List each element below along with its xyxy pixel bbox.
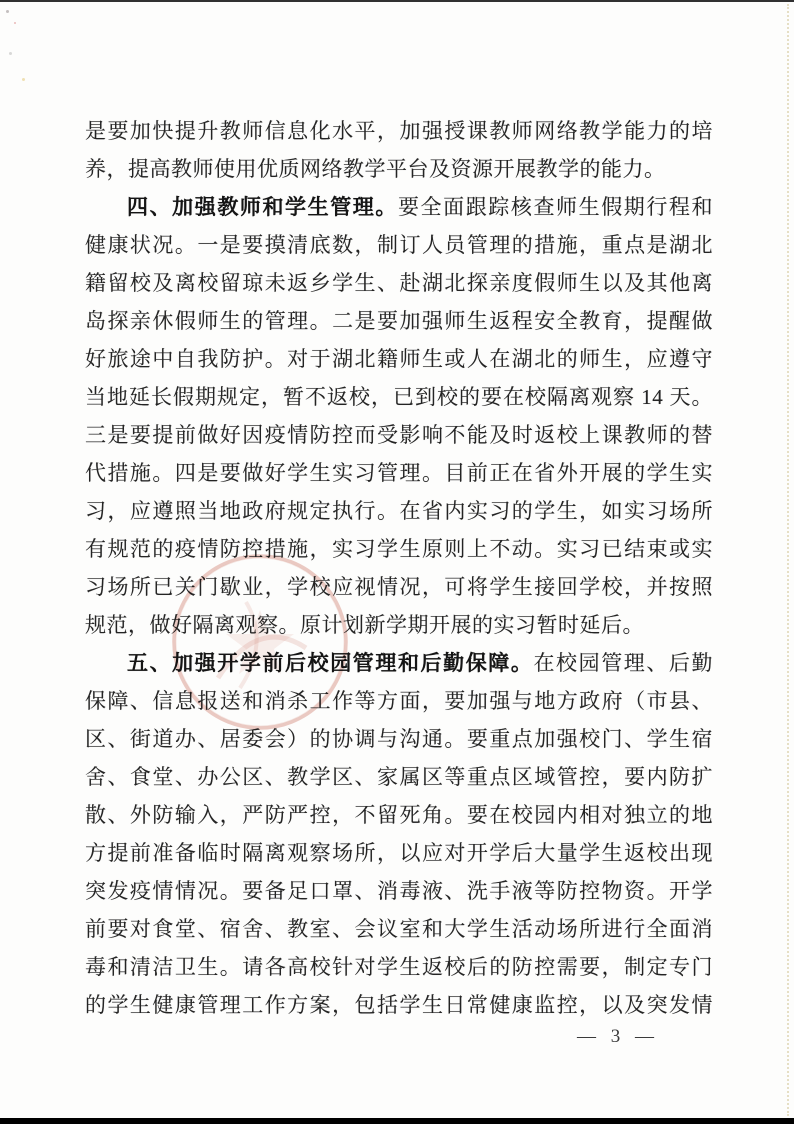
text-line: 的学生健康管理工作方案，包括学生日常健康监控，以及突发情 xyxy=(85,986,713,1024)
text-line: 保障、信息报送和消杀工作等方面，要加强与地方政府（市县、 xyxy=(85,682,713,720)
text-line: 籍留校及离校留琼未返乡学生、赴湖北探亲度假师生以及其他离 xyxy=(85,264,713,302)
text-line: 毒和清洁卫生。请各高校针对学生返校后的防控需要，制定专门 xyxy=(85,948,713,986)
text-line: 散、外防输入，严防严控，不留死角。要在校园内相对独立的地 xyxy=(85,796,713,834)
text-line: 当地延长假期规定，暂不返校，已到校的要在校隔离观察 14 天。 xyxy=(85,378,713,416)
text-line: 代措施。四是要做好学生实习管理。目前正在省外开展的学生实 xyxy=(85,454,713,492)
text-line: 习场所已关门歇业，学校应视情况，可将学生接回学校，并按照 xyxy=(85,568,713,606)
scanned-document-page: 是要加快提升教师信息化水平，加强授课教师网络教学能力的培养，提高教师使用优质网络… xyxy=(0,0,794,1124)
text-line: 习，应遵照当地政府规定执行。在省内实习的学生，如实习场所 xyxy=(85,492,713,530)
section-heading: 五、加强开学前后校园管理和后勤保障。 xyxy=(127,652,533,675)
text-line: 是要加快提升教师信息化水平，加强授课教师网络教学能力的培 xyxy=(85,112,713,150)
text-line: 方提前准备临时隔离观察场所，以应对开学后大量学生返校出现 xyxy=(85,834,713,872)
text-line: 突发疫情情况。要备足口罩、消毒液、洗手液等防控物资。开学 xyxy=(85,872,713,910)
text-line: 养，提高教师使用优质网络教学平台及资源开展教学的能力。 xyxy=(85,150,713,188)
text-line: 好旅途中自我防护。对于湖北籍师生或人在湖北的师生，应遵守 xyxy=(85,340,713,378)
scan-speck xyxy=(14,22,16,24)
text-line: 健康状况。一是要摸清底数，制订人员管理的措施，重点是湖北 xyxy=(85,226,713,264)
text-line: 区、街道办、居委会）的协调与沟通。要重点加强校门、学生宿 xyxy=(85,720,713,758)
scan-artifact-top-line xyxy=(0,0,794,2)
text-line: 有规范的疫情防控措施，实习学生原则上不动。实习已结束或实 xyxy=(85,530,713,568)
text-line: 舍、食堂、办公区、教学区、家属区等重点区域管控，要内防扩 xyxy=(85,758,713,796)
scan-artifact-bottom-bar xyxy=(0,1118,794,1124)
scan-artifact-right-noise xyxy=(787,4,789,1116)
text-line: 岛探亲休假师生的管理。二是要加强师生返程安全教育，提醒做 xyxy=(85,302,713,340)
text-line: 前要对食堂、宿舍、教室、会议室和大学生活动场所进行全面消 xyxy=(85,910,713,948)
document-text-block: 是要加快提升教师信息化水平，加强授课教师网络教学能力的培养，提高教师使用优质网络… xyxy=(85,112,713,1024)
scan-speck xyxy=(6,10,9,13)
scan-speck xyxy=(9,52,12,55)
text-line: 三是要提前做好因疫情防控而受影响不能及时返校上课教师的替 xyxy=(85,416,713,454)
scan-speck xyxy=(22,78,25,81)
text-line: 五、加强开学前后校园管理和后勤保障。在校园管理、后勤 xyxy=(85,644,713,682)
text-line: 规范，做好隔离观察。原计划新学期开展的实习暂时延后。 xyxy=(85,606,713,644)
text-line: 四、加强教师和学生管理。要全面跟踪核查师生假期行程和 xyxy=(85,188,713,226)
section-heading: 四、加强教师和学生管理。 xyxy=(127,196,398,219)
page-number: — 3 — xyxy=(553,1025,683,1049)
